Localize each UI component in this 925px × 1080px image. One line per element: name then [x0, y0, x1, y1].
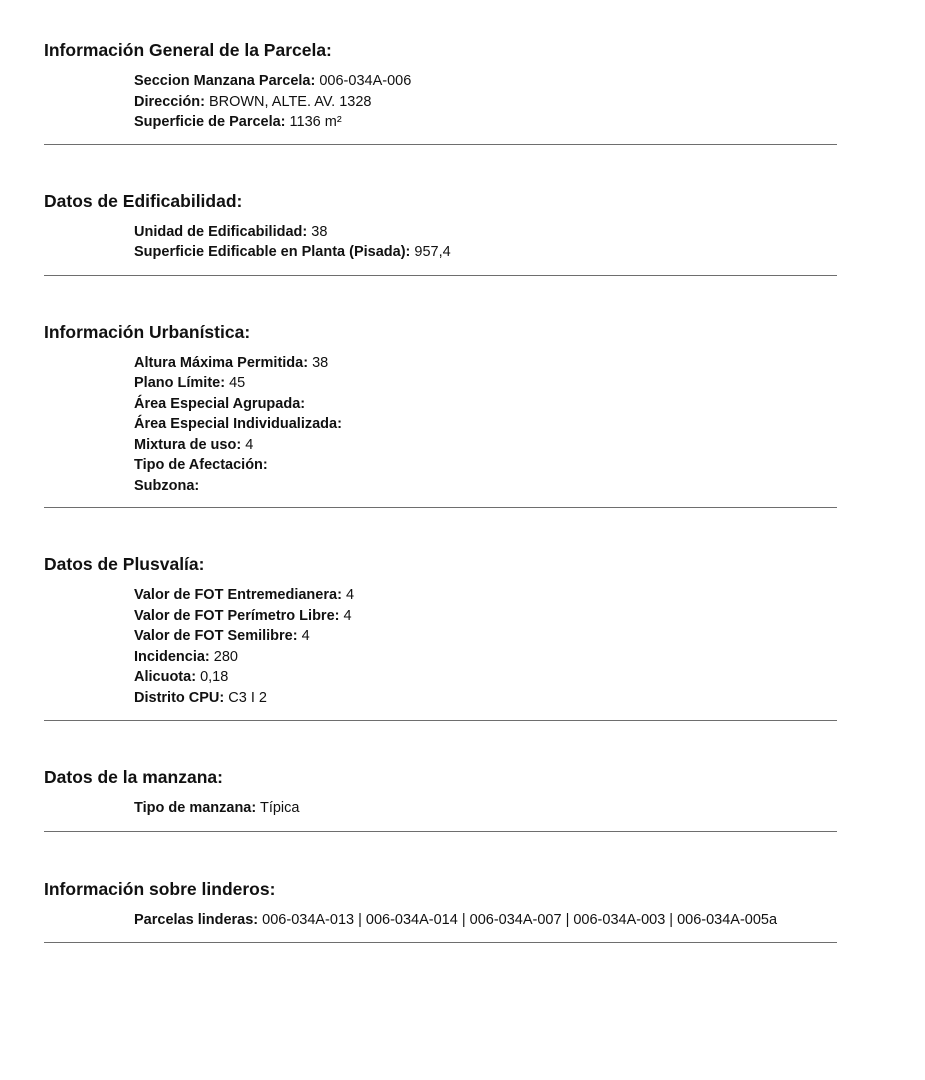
field-label: Subzona: [134, 478, 199, 494]
section-linderos: Información sobre linderos: Parcelas lin… [44, 877, 924, 944]
field-incidencia: Incidencia: 280 [134, 647, 924, 668]
field-mixtura-uso: Mixtura de uso: 4 [134, 435, 924, 456]
field-value: BROWN, ALTE. AV. 1328 [209, 94, 372, 110]
section-divider [44, 275, 837, 276]
field-list: Tipo de manzana: Típica [44, 798, 924, 819]
field-label: Valor de FOT Semilibre: [134, 628, 298, 644]
field-value: 280 [214, 649, 238, 665]
field-value: 4 [344, 608, 352, 624]
field-label: Área Especial Agrupada: [134, 396, 305, 412]
section-manzana: Datos de la manzana: Tipo de manzana: Tí… [44, 765, 924, 832]
section-title: Información General de la Parcela: [44, 38, 924, 62]
field-subzona: Subzona: [134, 476, 924, 497]
field-area-especial-individualizada: Área Especial Individualizada: [134, 414, 924, 435]
field-label: Valor de FOT Entremedianera: [134, 587, 342, 603]
field-label: Tipo de manzana: [134, 800, 256, 816]
field-plano-limite: Plano Límite: 45 [134, 373, 924, 394]
field-superficie-parcela: Superficie de Parcela: 1136 m² [134, 112, 924, 133]
field-tipo-manzana: Tipo de manzana: Típica [134, 798, 924, 819]
section-title: Datos de Edificabilidad: [44, 189, 924, 213]
field-fot-perimetro-libre: Valor de FOT Perímetro Libre: 4 [134, 606, 924, 627]
field-label: Altura Máxima Permitida: [134, 355, 308, 371]
section-general-info: Información General de la Parcela: Secci… [44, 38, 924, 145]
section-divider [44, 942, 837, 943]
field-superficie-edificable: Superficie Edificable en Planta (Pisada)… [134, 242, 924, 263]
field-label: Distrito CPU: [134, 690, 224, 706]
field-label: Unidad de Edificabilidad: [134, 224, 307, 240]
field-value: 38 [311, 224, 327, 240]
field-fot-entremedianera: Valor de FOT Entremedianera: 4 [134, 585, 924, 606]
field-unidad-edificabilidad: Unidad de Edificabilidad: 38 [134, 222, 924, 243]
section-title: Datos de la manzana: [44, 765, 924, 789]
section-divider [44, 720, 837, 721]
field-label: Alicuota: [134, 669, 196, 685]
section-plusvalia: Datos de Plusvalía: Valor de FOT Entreme… [44, 552, 924, 721]
field-tipo-afectacion: Tipo de Afectación: [134, 455, 924, 476]
field-value: Típica [260, 800, 300, 816]
field-label: Área Especial Individualizada: [134, 416, 342, 432]
field-list: Altura Máxima Permitida: 38 Plano Límite… [44, 353, 924, 497]
field-label: Seccion Manzana Parcela: [134, 73, 315, 89]
field-label: Mixtura de uso: [134, 437, 241, 453]
field-value: 45 [229, 375, 245, 391]
field-label: Superficie Edificable en Planta (Pisada)… [134, 244, 410, 260]
section-divider [44, 831, 837, 832]
field-fot-semilibre: Valor de FOT Semilibre: 4 [134, 626, 924, 647]
field-list: Parcelas linderas: 006-034A-013 | 006-03… [44, 910, 924, 931]
section-title: Información sobre linderos: [44, 877, 924, 901]
field-value: 4 [346, 587, 354, 603]
field-label: Incidencia: [134, 649, 210, 665]
field-direccion: Dirección: BROWN, ALTE. AV. 1328 [134, 92, 924, 113]
field-value: 957,4 [414, 244, 450, 260]
field-value: C3 I 2 [228, 690, 267, 706]
field-list: Unidad de Edificabilidad: 38 Superficie … [44, 222, 924, 263]
field-label: Valor de FOT Perímetro Libre: [134, 608, 339, 624]
field-value: 0,18 [200, 669, 228, 685]
section-title: Información Urbanística: [44, 320, 924, 344]
field-label: Superficie de Parcela: [134, 114, 286, 130]
section-title: Datos de Plusvalía: [44, 552, 924, 576]
field-distrito-cpu: Distrito CPU: C3 I 2 [134, 688, 924, 709]
section-edificabilidad: Datos de Edificabilidad: Unidad de Edifi… [44, 189, 924, 276]
section-urbanistica: Información Urbanística: Altura Máxima P… [44, 320, 924, 509]
field-label: Tipo de Afectación: [134, 457, 268, 473]
field-value: 4 [302, 628, 310, 644]
field-value: 1136 m² [290, 114, 342, 130]
field-label: Dirección: [134, 94, 205, 110]
field-list: Valor de FOT Entremedianera: 4 Valor de … [44, 585, 924, 708]
field-label: Parcelas linderas: [134, 912, 258, 928]
field-alicuota: Alicuota: 0,18 [134, 667, 924, 688]
field-list: Seccion Manzana Parcela: 006-034A-006 Di… [44, 71, 924, 133]
field-parcelas-linderas: Parcelas linderas: 006-034A-013 | 006-03… [134, 910, 924, 931]
field-label: Plano Límite: [134, 375, 225, 391]
field-altura-maxima: Altura Máxima Permitida: 38 [134, 353, 924, 374]
field-area-especial-agrupada: Área Especial Agrupada: [134, 394, 924, 415]
field-seccion-manzana-parcela: Seccion Manzana Parcela: 006-034A-006 [134, 71, 924, 92]
field-value: 4 [245, 437, 253, 453]
field-value: 006-034A-006 [319, 73, 411, 89]
parcel-report: Información General de la Parcela: Secci… [44, 38, 924, 943]
field-value: 38 [312, 355, 328, 371]
field-value: 006-034A-013 | 006-034A-014 | 006-034A-0… [262, 912, 777, 928]
section-divider [44, 144, 837, 145]
section-divider [44, 507, 837, 508]
